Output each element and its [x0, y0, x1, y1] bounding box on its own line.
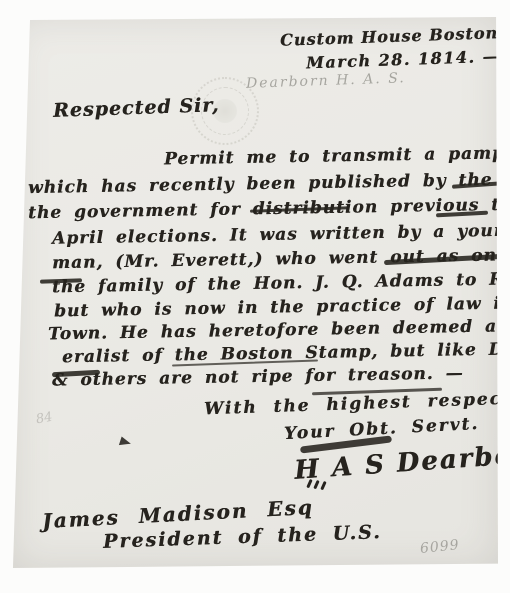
scanned-letter-page: Custom House Boston March 28. 1814. — De…: [0, 0, 510, 593]
body-line: Permit me to transmit a pamphlet: [164, 143, 510, 170]
pencil-catalog-number: 6099: [419, 537, 460, 557]
letter-paper: Custom House Boston March 28. 1814. — De…: [12, 17, 498, 568]
body-line: which has recently been published by the…: [28, 168, 510, 198]
body-line: April elections. It was written by a you…: [52, 219, 510, 249]
ink-blot: [119, 437, 132, 449]
body-line: the family of the Hon. J. Q. Adams to Ru…: [52, 269, 510, 298]
pencil-archivist-note: Dearborn H. A. S.: [246, 70, 406, 92]
pencil-margin-mark: 84: [35, 410, 54, 428]
heading-date: March 28. 1814. —: [306, 47, 501, 73]
heading-place: Custom House Boston: [280, 23, 499, 50]
body-line: & others are not ripe for treason. —: [52, 363, 464, 390]
